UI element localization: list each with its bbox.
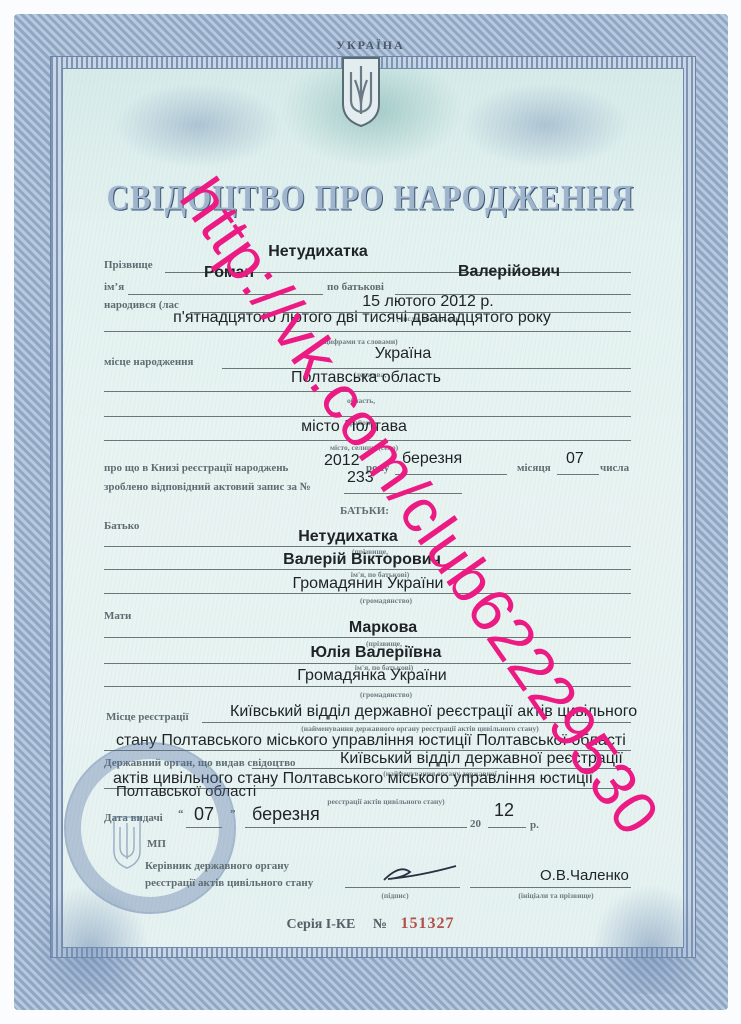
parents-heading: БАТЬКИ: <box>340 505 389 517</box>
document-title: СВІДОЦТВО ПРО НАРОДЖЕННЯ <box>0 177 741 218</box>
head-label-2: реєстрації актів цивільного стану <box>145 877 313 889</box>
registration-place-line2: стану Полтавського міського управління ю… <box>116 732 626 750</box>
birth-region: Полтавська область <box>291 369 441 387</box>
number-sign: № <box>373 917 387 932</box>
trident-coat-of-arms-icon <box>341 56 381 128</box>
issuer-hint-2: реєстрації актів цивільного стану) <box>327 797 444 806</box>
registration-place-line1: Київський відділ державної реєстрації ак… <box>230 703 637 721</box>
official-hint: (ініціали та прізвище) <box>518 891 593 900</box>
father-citizenship-hint: (громадянство) <box>360 596 412 605</box>
issuer-line1: Київський відділ державної реєстрації <box>340 750 623 768</box>
issue-year: 12 <box>494 800 514 821</box>
mother-surname-line <box>104 637 631 638</box>
issue-year-line <box>488 827 526 828</box>
region-line <box>104 391 631 392</box>
swan-ornament-icon <box>591 884 711 994</box>
mother-citizenship: Громадянка України <box>297 667 446 685</box>
mother-label: Мати <box>104 610 131 622</box>
patronymic-label: по батькові <box>327 281 384 293</box>
birthplace-label: місце народження <box>104 356 193 368</box>
official-name-line <box>470 887 631 888</box>
mother-name: Юлія Валеріївна <box>311 644 442 662</box>
birth-date-words-line <box>104 331 631 332</box>
seal-label: МП <box>147 838 166 850</box>
signature-icon <box>380 862 460 884</box>
birth-city: місто Полтава <box>301 418 407 436</box>
name-label: ім’я <box>104 281 124 293</box>
district-line <box>104 416 631 417</box>
city-line <box>104 440 631 441</box>
father-citizenship: Громадянин України <box>293 575 444 593</box>
signature-hint: (підпис) <box>381 891 408 900</box>
series-number: Серія І-КЕ № 151327 <box>0 915 741 933</box>
month-label: місяця <box>517 462 551 474</box>
registration-place-line <box>202 722 631 723</box>
registry-year: 2012 <box>324 452 360 470</box>
father-name: Валерій Вікторович <box>283 551 441 569</box>
series-label: Серія І-КЕ <box>287 917 356 932</box>
child-surname: Нетудихатка <box>268 243 368 261</box>
record-number: 233 <box>347 469 374 487</box>
registry-label: про що в Книзі реєстрації народжень <box>104 462 288 474</box>
record-line <box>344 493 462 494</box>
registration-place-label: Місце реєстрації <box>106 711 189 723</box>
certificate-number: 151327 <box>400 915 454 932</box>
child-name: Роман <box>204 264 254 282</box>
month-line <box>395 474 507 475</box>
mother-surname: Маркова <box>349 619 417 637</box>
issue-month-line <box>245 827 467 828</box>
birth-country: Україна <box>375 345 431 363</box>
issue-year-suffix: р. <box>530 819 539 831</box>
child-patronymic: Валерійович <box>458 263 560 281</box>
father-surname: Нетудихатка <box>298 528 398 546</box>
region-hint: область, <box>347 396 375 405</box>
city-hint: місто, селище (село) <box>330 443 398 452</box>
country-heading: УКРАЇНА <box>0 38 741 53</box>
day-line <box>557 474 599 475</box>
seal-trident-icon <box>112 815 142 870</box>
official-name: О.В.Чаленко <box>540 867 629 884</box>
head-label-1: Керівник державного органу <box>145 860 289 872</box>
mother-citizenship-hint: (громадянство) <box>360 690 412 699</box>
day-label: числа <box>600 462 629 474</box>
record-label: зроблено відповідний актовий запис за № <box>104 481 311 493</box>
issue-month: березня <box>252 804 320 825</box>
father-citizenship-line <box>104 593 631 594</box>
mother-citizenship-line <box>104 686 631 687</box>
registry-day: 07 <box>566 450 584 468</box>
father-label: Батько <box>104 520 139 532</box>
issue-century: 20 <box>470 818 481 830</box>
birth-date-words: п'ятнадцятого лютого дві тисячі дванадця… <box>173 309 551 327</box>
surname-label: Прізвище <box>104 259 153 271</box>
name-line <box>128 294 323 295</box>
registry-month: березня <box>402 450 462 468</box>
born-label: народився (лас <box>104 299 179 311</box>
signature-line <box>345 887 460 888</box>
